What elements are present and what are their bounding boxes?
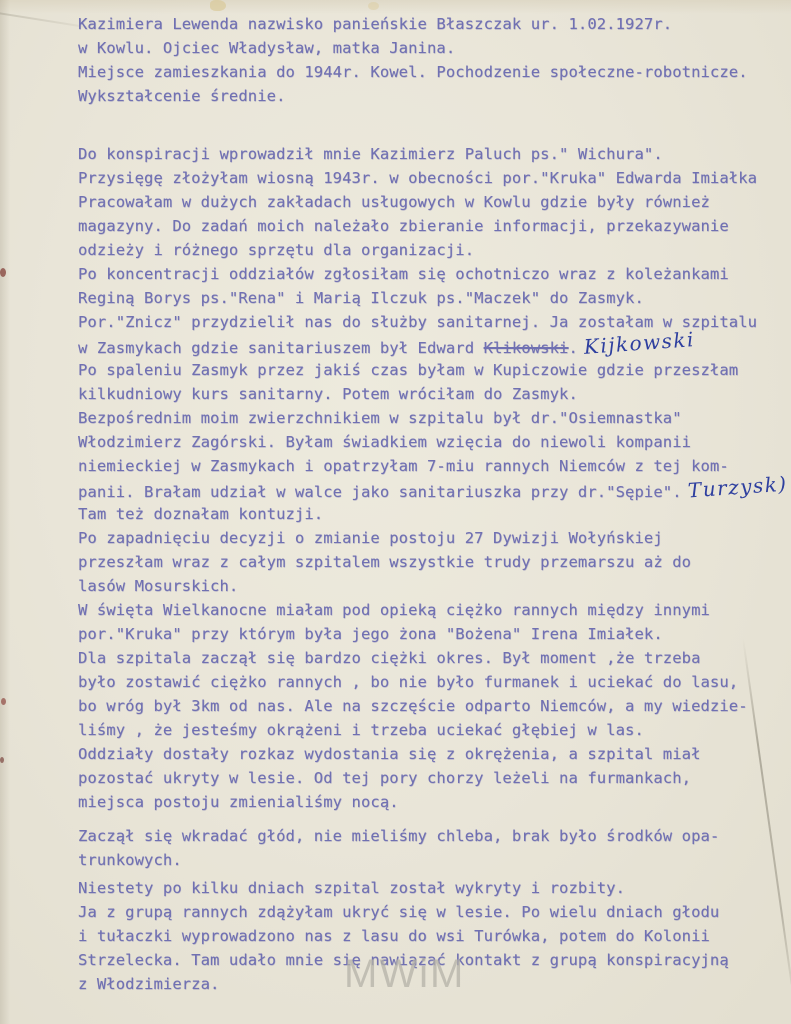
- typed-text-segment: Przysięgę złożyłam wiosną 1943r. w obecn…: [78, 169, 757, 187]
- typed-text-segment: Do konspiracji wprowadził mnie Kazimierz…: [78, 145, 663, 163]
- typed-text-segment: i tułaczki wyprowadzono nas z lasu do ws…: [78, 927, 710, 945]
- text-line: Włodzimierz Zagórski. Byłam świadkiem wz…: [78, 430, 790, 454]
- typed-text-segment: Wykształcenie średnie.: [78, 87, 286, 105]
- text-line: w Zasmykach gdzie sanitariuszem był Edwa…: [78, 334, 790, 358]
- text-line: Po koncentracji oddziałów zgłosiłam się …: [78, 262, 790, 286]
- typed-text-segment: lasów Mosurskich.: [78, 577, 238, 595]
- paper-stain: [210, 0, 226, 11]
- typed-text-segment: W święta Wielkanocne miałam pod opieką c…: [78, 601, 710, 619]
- text-line: por."Kruka" przy którym była jego żona "…: [78, 622, 790, 646]
- text-line: Kazimiera Lewenda nazwisko panieńskie Bł…: [78, 12, 790, 36]
- text-line: było zostawić ciężko rannych , bo nie by…: [78, 670, 790, 694]
- text-line: liśmy , że jesteśmy okrążeni i trzeba uc…: [78, 718, 790, 742]
- paper-speck: [1, 698, 6, 705]
- typed-text-segment: pozostać ukryty w lesie. Od tej pory cho…: [78, 769, 691, 787]
- text-line: Po zapadnięciu decyzji o zmianie postoju…: [78, 526, 790, 550]
- text-line: Reginą Borys ps."Rena" i Marią Ilczuk ps…: [78, 286, 790, 310]
- text-line: Po spaleniu Zasmyk przez jakiś czas była…: [78, 358, 790, 382]
- text-line: Wykształcenie średnie.: [78, 84, 790, 108]
- paper-speck: [0, 757, 4, 763]
- text-line: przeszłam wraz z całym szpitalem wszystk…: [78, 550, 790, 574]
- text-line: i tułaczki wyprowadzono nas z lasu do ws…: [78, 924, 790, 948]
- typed-text-segment: było zostawić ciężko rannych , bo nie by…: [78, 673, 738, 691]
- typed-text-segment: Miejsce zamieszkania do 1944r. Kowel. Po…: [78, 63, 748, 81]
- typed-text-segment: Pracowałam w dużych zakładach usługowych…: [78, 193, 710, 211]
- typed-text-segment: trunkowych.: [78, 851, 182, 869]
- typed-text-segment: Po koncentracji oddziałów zgłosiłam się …: [78, 265, 729, 283]
- text-line: w Kowlu. Ojciec Władysław, matka Janina.: [78, 36, 790, 60]
- paper-left-shade: [0, 0, 10, 1024]
- typed-text-segment: w Zasmykach gdzie sanitariuszem był Edwa…: [78, 339, 484, 357]
- text-line: magazyny. Do zadań moich należało zbiera…: [78, 214, 790, 238]
- typed-text-segment: Włodzimierz Zagórski. Byłam świadkiem wz…: [78, 433, 691, 451]
- typed-text-segment: Niestety po kilku dniach szpital został …: [78, 879, 625, 897]
- paper-speck: [0, 268, 6, 277]
- text-line: trunkowych.: [78, 848, 790, 872]
- text-line: Zaczął się wkradać głód, nie mieliśmy ch…: [78, 824, 790, 848]
- typed-text-segment: bo wróg był 3km od nas. Ale na szczęście…: [78, 697, 748, 715]
- text-line: Tam też doznałam kontuzji.: [78, 502, 790, 526]
- text-line: Do konspiracji wprowadził mnie Kazimierz…: [78, 142, 790, 166]
- typed-text-segment: por."Kruka" przy którym była jego żona "…: [78, 625, 663, 643]
- text-line: pozostać ukryty w lesie. Od tej pory cho…: [78, 766, 790, 790]
- typed-text-segment: .: [568, 339, 577, 357]
- typed-text-segment: Dla szpitala zaczął się bardzo ciężki ok…: [78, 649, 701, 667]
- typed-text-segment: w Kowlu. Ojciec Władysław, matka Janina.: [78, 39, 455, 57]
- text-line: Bezpośrednim moim zwierzchnikiem w szpit…: [78, 406, 790, 430]
- typed-text-block: Kazimiera Lewenda nazwisko panieńskie Bł…: [78, 12, 790, 996]
- typed-text-segment: panii. Brałam udział w walce jako sanita…: [78, 483, 682, 501]
- text-line: Pracowałam w dużych zakładach usługowych…: [78, 190, 790, 214]
- text-line: Oddziały dostały rozkaz wydostania się z…: [78, 742, 790, 766]
- text-line: Ja z grupą rannych zdążyłam ukryć się w …: [78, 900, 790, 924]
- text-line: Niestety po kilku dniach szpital został …: [78, 876, 790, 900]
- text-line: Dla szpitala zaczął się bardzo ciężki ok…: [78, 646, 790, 670]
- text-line: Przysięgę złożyłam wiosną 1943r. w obecn…: [78, 166, 790, 190]
- typed-text-segment: Bezpośrednim moim zwierzchnikiem w szpit…: [78, 409, 682, 427]
- typed-text-segment: miejsca postoju zmienialiśmy nocą.: [78, 793, 399, 811]
- paper-stain: [368, 2, 379, 10]
- text-line: odzieży i różnego sprzętu dla organizacj…: [78, 238, 790, 262]
- typed-text-segment: kilkudniowy kurs sanitarny. Potem wrócił…: [78, 385, 578, 403]
- text-line: bo wróg był 3km od nas. Ale na szczęście…: [78, 694, 790, 718]
- scanned-document-page: Kazimiera Lewenda nazwisko panieńskie Bł…: [0, 0, 791, 1024]
- typed-text-segment: Po zapadnięciu decyzji o zmianie postoju…: [78, 529, 663, 547]
- typed-text-segment: Oddziały dostały rozkaz wydostania się z…: [78, 745, 701, 763]
- typed-text-segment: przeszłam wraz z całym szpitalem wszystk…: [78, 553, 691, 571]
- text-line: W święta Wielkanocne miałam pod opieką c…: [78, 598, 790, 622]
- watermark: MWiM: [344, 952, 465, 997]
- typed-text-segment: Kazimiera Lewenda nazwisko panieńskie Bł…: [78, 15, 672, 33]
- typed-text-segment: Zaczął się wkradać głód, nie mieliśmy ch…: [78, 827, 719, 845]
- typed-text-segment: Ja z grupą rannych zdążyłam ukryć się w …: [78, 903, 719, 921]
- typed-text-segment: Po spaleniu Zasmyk przez jakiś czas była…: [78, 361, 738, 379]
- typed-text-segment: Tam też doznałam kontuzji.: [78, 505, 323, 523]
- text-line: panii. Brałam udział w walce jako sanita…: [78, 478, 790, 502]
- typed-text-segment: z Włodzimierza.: [78, 975, 219, 993]
- typed-text-segment: Por."Znicz" przydzielił nas do służby sa…: [78, 313, 757, 331]
- typed-text-segment: liśmy , że jesteśmy okrążeni i trzeba uc…: [78, 721, 644, 739]
- text-line: Miejsce zamieszkania do 1944r. Kowel. Po…: [78, 60, 790, 84]
- typed-text-segment: niemieckiej w Zasmykach i opatrzyłam 7-m…: [78, 457, 729, 475]
- typed-text-segment: magazyny. Do zadań moich należało zbiera…: [78, 217, 729, 235]
- strikethrough-word: Klikowski: [484, 339, 569, 357]
- text-line: miejsca postoju zmienialiśmy nocą.: [78, 790, 790, 814]
- text-line: kilkudniowy kurs sanitarny. Potem wrócił…: [78, 382, 790, 406]
- typed-text-segment: odzieży i różnego sprzętu dla organizacj…: [78, 241, 474, 259]
- text-line: niemieckiej w Zasmykach i opatrzyłam 7-m…: [78, 454, 790, 478]
- typed-text-segment: Reginą Borys ps."Rena" i Marią Ilczuk ps…: [78, 289, 644, 307]
- text-line: lasów Mosurskich.: [78, 574, 790, 598]
